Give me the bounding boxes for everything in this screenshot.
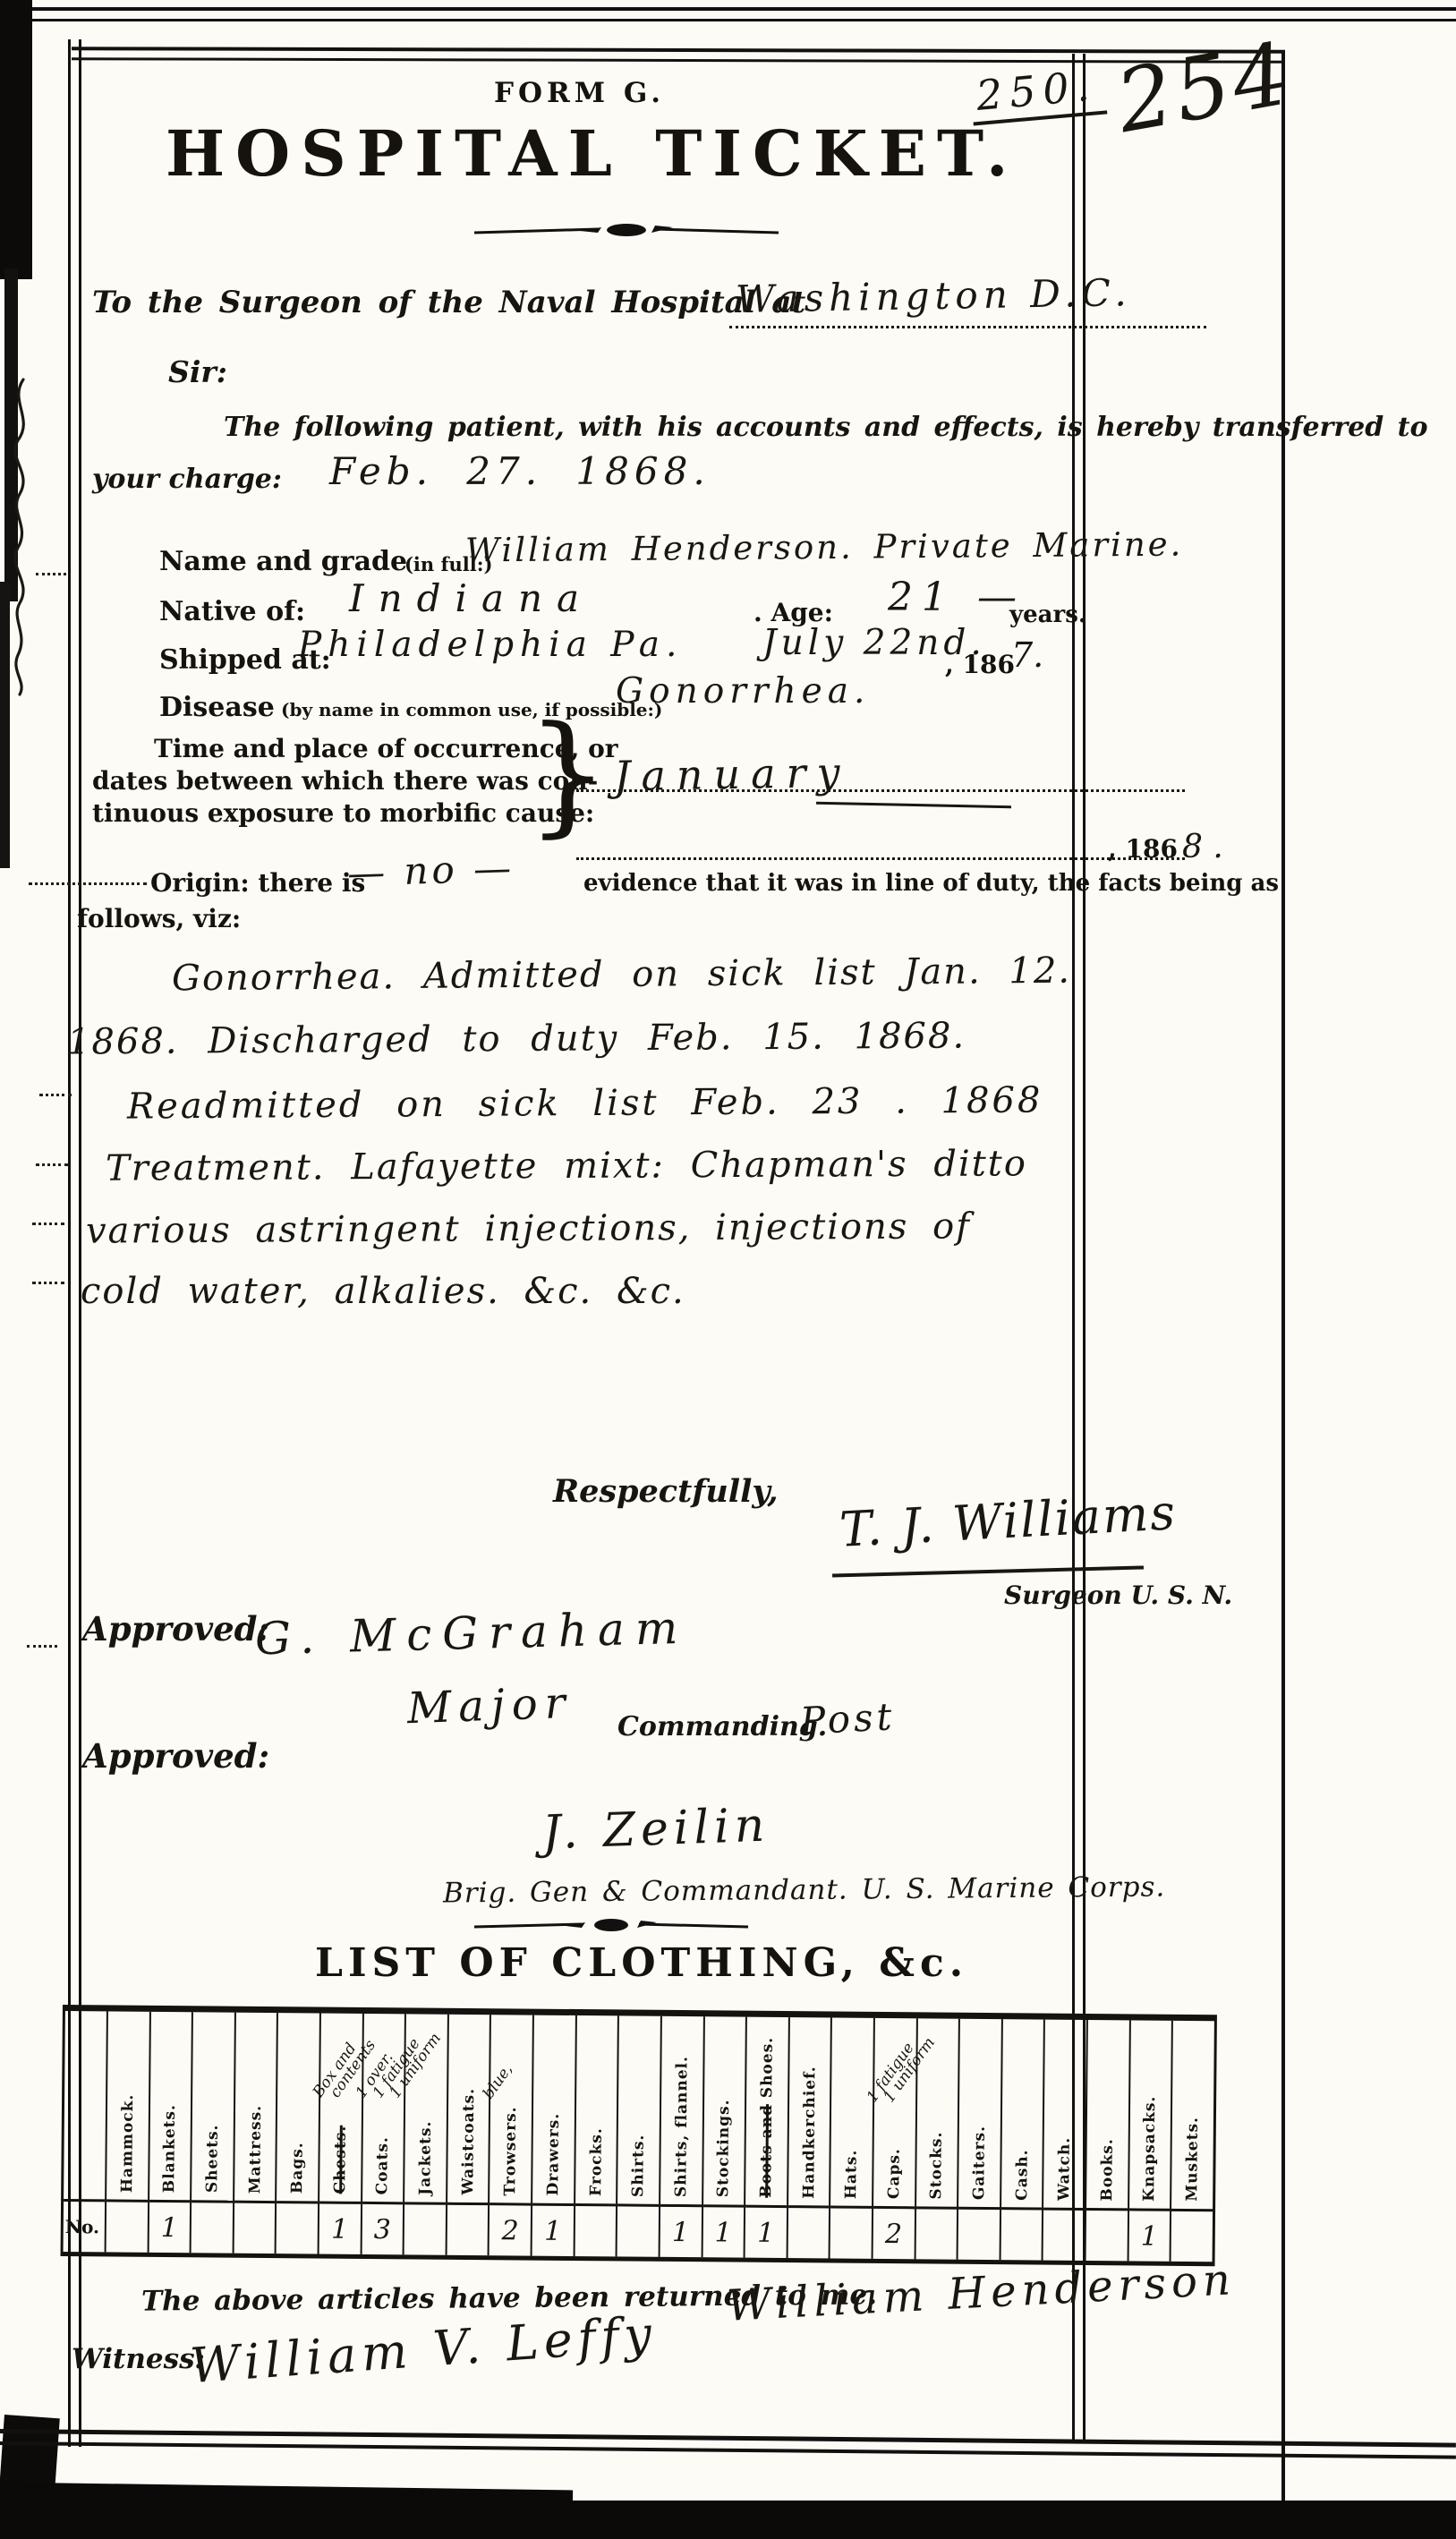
salutation-hand-location: Washington D.C. <box>736 270 1132 321</box>
clothing-column: Stockings.1 <box>701 2016 745 2257</box>
origin-hand-value: — no — <box>346 846 515 895</box>
clothing-column: Hats. <box>829 2017 873 2258</box>
approved-rank-1: Major <box>406 1678 573 1734</box>
clothing-column: Shirts, flannel.1 <box>658 2016 702 2257</box>
clothing-column-value <box>915 2206 957 2259</box>
occurrence-year: , 186 8 . <box>1108 829 1223 865</box>
ticket-number-overwrite: 254 <box>1110 23 1299 152</box>
clothing-column-label: Shirts. <box>629 2134 648 2197</box>
disease-label: Disease <box>159 692 275 723</box>
clothing-column-header: Muskets. <box>1171 2021 1213 2209</box>
clothing-column-header: Gaiters. <box>958 2019 1000 2207</box>
clothing-column-value <box>447 2202 488 2255</box>
clothing-heading: LIST OF CLOTHING, &c. <box>315 1940 968 1986</box>
clothing-column: Boots and Shoes.1 <box>744 2017 788 2258</box>
note-line: Treatment. Lafayette mixt: Chapman's dit… <box>106 1143 1027 1189</box>
clothing-column-header: Watch. <box>1043 2020 1086 2208</box>
shipped-at-value: Philadelphia Pa. <box>298 625 683 665</box>
clothing-column-value <box>1043 2208 1085 2261</box>
note-line: Gonorrhea. Admitted on sick list Jan. 12… <box>172 950 1071 1000</box>
clothing-column-header: Sheets. <box>192 2012 234 2200</box>
clothing-column: Sheets. <box>190 2012 234 2253</box>
witness-signature: William V. Leffy <box>188 2305 659 2394</box>
clothing-column-label: Books. <box>1098 2138 1117 2202</box>
clothing-column-value: 1 <box>745 2205 787 2258</box>
clothing-column: Mattress. <box>232 2013 277 2254</box>
approved-title-2: Brig. Gen & Commandant. U. S. Marine Cor… <box>443 1870 1166 1909</box>
clothing-column-value: 1 <box>660 2204 701 2257</box>
clothing-column-header: Blankets. <box>149 2012 192 2200</box>
clothing-column: Knapsacks.1 <box>1127 2020 1171 2261</box>
clothing-column-value <box>830 2205 872 2258</box>
page-top-rule-1 <box>0 7 1456 11</box>
clothing-column-label: Stocks. <box>928 2131 947 2199</box>
clothing-column-value <box>277 2201 318 2254</box>
shipped-year-hand: 7. <box>1011 635 1043 675</box>
occurrence-line2: dates between which there was con- <box>92 766 598 796</box>
transfer-line2-label: your charge: <box>92 464 282 495</box>
age-value: 21 — <box>888 575 1026 620</box>
clothing-column-value: 3 <box>362 2202 403 2254</box>
clothing-column-value <box>1171 2209 1213 2262</box>
witness-label: Witness: <box>72 2343 205 2375</box>
clothing-column: Jackets. <box>403 2014 447 2254</box>
margin-tick <box>39 1094 72 1096</box>
shipped-year-printed: , 186 <box>945 650 1015 679</box>
list-divider-ornament <box>473 1915 750 1935</box>
surgeon-signature: T. J. Williams <box>839 1484 1179 1558</box>
native-of-label: Native of: <box>159 596 305 627</box>
clothing-column: Stocks. <box>914 2018 958 2259</box>
clothing-column-value <box>575 2203 616 2256</box>
clothing-column-label: Stockings. <box>714 2100 733 2198</box>
margin-tick <box>36 573 66 575</box>
clothing-column-header: Drawers. <box>532 2015 575 2203</box>
approved-signature-1: G. McGraham <box>254 1602 689 1666</box>
clothing-column-value <box>788 2205 829 2258</box>
clothing-column: Handkerchief. <box>786 2017 830 2258</box>
clothing-column: Coats.1 over.1 fatigue1 uniform3 <box>360 2014 404 2254</box>
approved-label-1: Approved: <box>82 1609 269 1649</box>
clothing-column-header: Hats. <box>830 2018 873 2206</box>
clothing-column-value <box>1086 2208 1128 2261</box>
surgeon-signature-flourish <box>832 1565 1144 1577</box>
clothing-column-header: Shirts, flannel. <box>660 2016 702 2204</box>
margin-tick <box>32 1223 64 1225</box>
occurrence-brace: } <box>526 709 609 839</box>
page-title: HOSPITAL TICKET. <box>166 116 1018 191</box>
clothing-column-value <box>617 2203 659 2256</box>
clothing-column-header: Stockings. <box>703 2016 745 2204</box>
commanding-label: Commanding. <box>617 1711 827 1742</box>
clothing-column-label: Caps. <box>885 2148 903 2199</box>
clothing-column: Muskets. <box>1170 2021 1214 2262</box>
clothing-column-label: Trowsers. <box>501 2106 520 2195</box>
clothing-column-header: Chests.Box andcontents <box>319 2014 362 2202</box>
clothing-column-value <box>1000 2207 1042 2260</box>
clothing-column-value: 2 <box>490 2202 531 2255</box>
clothing-column-header: Waistcoats. <box>447 2015 490 2202</box>
approved-signature-2: J. Zeilin <box>541 1799 771 1861</box>
clothing-column: Waistcoats. <box>445 2015 490 2255</box>
clothing-column: Caps.1 fatigue1 uniform2 <box>872 2018 916 2259</box>
clothing-column-header: Cash. <box>1001 2019 1043 2207</box>
disease-value: Gonorrhea. <box>616 671 870 711</box>
clothing-column-value <box>192 2200 233 2253</box>
origin-leader-dots <box>29 882 147 885</box>
clothing-column-header: Books. <box>1086 2020 1128 2208</box>
clothing-column-label: Chests. <box>331 2126 350 2194</box>
margin-tick <box>36 1163 68 1166</box>
clothing-column-value <box>106 2199 148 2252</box>
scan-band-bottom <box>0 2501 1456 2539</box>
origin-prefix: Origin: there is <box>150 868 365 898</box>
clothing-column-header: Caps.1 fatigue1 uniform <box>873 2018 915 2206</box>
clothing-column: Watch. <box>1042 2020 1086 2261</box>
clothing-column-header: Frocks. <box>575 2015 617 2203</box>
clothing-column-label: Blankets. <box>161 2104 180 2193</box>
clothing-column-value <box>234 2201 275 2254</box>
clothing-column-label: Knapsacks. <box>1141 2095 1160 2201</box>
origin-suffix: evidence that it was in line of duty, th… <box>583 870 1279 897</box>
respectfully-label: Respectfully, <box>553 1473 779 1510</box>
clothing-column-label: Handkerchief. <box>800 2066 819 2199</box>
returned-signature: William Henderson <box>726 2254 1237 2331</box>
clothing-column-value: 2 <box>873 2206 915 2259</box>
occurrence-line3: tinuous exposure to morbific cause: <box>92 798 594 828</box>
clothing-table: No. Hammock.Blankets.1Sheets.Mattress.Ba… <box>61 2005 1217 2266</box>
approved-label-2: Approved: <box>82 1736 269 1776</box>
clothing-column-header: Knapsacks. <box>1129 2020 1171 2208</box>
clothing-column-label: Sheets. <box>203 2125 222 2194</box>
note-line: various astringent injections, injection… <box>86 1206 971 1251</box>
clothing-column-label: Hats. <box>842 2149 860 2199</box>
clothing-column: Drawers.1 <box>531 2015 575 2256</box>
occurrence-year-printed: , 186 <box>1108 834 1178 864</box>
scanned-hospital-ticket: FORM G. HOSPITAL TICKET. 250. 254 To the… <box>0 0 1456 2539</box>
clothing-column: Trowsers.blue,2 <box>488 2015 532 2255</box>
clothing-column-value: 1 <box>319 2202 361 2254</box>
clothing-column-label: Watch. <box>1055 2137 1074 2201</box>
note-line: 1868. Discharged to duty Feb. 15. 1868. <box>67 1015 966 1062</box>
clothing-column: Frocks. <box>573 2015 617 2256</box>
clothing-column: Books. <box>1085 2020 1129 2261</box>
transfer-line1: The following patient, with his accounts… <box>224 412 1428 443</box>
clothing-column: Cash. <box>999 2019 1043 2260</box>
age-suffix: years. <box>1009 601 1086 628</box>
clothing-column-header: Boots and Shoes. <box>745 2017 788 2205</box>
clothing-column: Blankets.1 <box>147 2012 192 2253</box>
clothing-column-value: 1 <box>1128 2208 1170 2261</box>
clothing-column-header: Bags. <box>277 2013 319 2201</box>
clothing-column: Gaiters. <box>957 2019 1001 2260</box>
note-line: cold water, alkalies. &c. &c. <box>81 1271 685 1312</box>
surgeon-title: Surgeon U. S. N. <box>1004 1580 1232 1610</box>
clothing-column-label: Jackets. <box>416 2120 435 2195</box>
margin-tick <box>32 1282 64 1284</box>
native-of-value: Indiana <box>349 576 593 620</box>
occurrence-dotted-line-2 <box>576 857 1185 860</box>
transfer-date: Feb. 27. 1868. <box>329 449 711 493</box>
clothing-column-label: Mattress. <box>246 2104 265 2194</box>
name-grade-label: Name and grade <box>159 546 407 577</box>
clothing-column-value <box>958 2207 1000 2260</box>
occurrence-year-hand: 8 . <box>1182 829 1223 865</box>
clothing-column-header: Handkerchief. <box>788 2017 830 2205</box>
origin-line2: follows, viz: <box>77 904 241 933</box>
clothing-column-header: Jackets. <box>404 2014 447 2202</box>
post-hand: Post <box>799 1694 897 1742</box>
occurrence-value: January <box>614 748 851 801</box>
clothing-column: Shirts. <box>616 2015 660 2256</box>
clothing-column-label: Frocks. <box>587 2127 606 2196</box>
clothing-column-header: Coats.1 over.1 fatigue1 uniform <box>362 2014 404 2202</box>
clothing-column-label: Bags. <box>288 2142 307 2194</box>
clothing-column-label: Muskets. <box>1183 2117 1202 2202</box>
clothing-column-value: 1 <box>702 2204 744 2257</box>
clothing-column-header: Stocks. <box>916 2018 958 2206</box>
clothing-column-header: Trowsers.blue, <box>490 2015 532 2202</box>
clothing-column-value: 1 <box>149 2200 190 2253</box>
box-top-rule-1 <box>72 47 1285 54</box>
salutation-line: To the Surgeon of the Naval Hospital at <box>92 285 805 320</box>
clothing-column: Hammock. <box>105 2011 149 2252</box>
clothing-no-header <box>64 2011 106 2199</box>
clothing-column-value: 1 <box>532 2203 574 2256</box>
clothing-column-label: Coats. <box>374 2136 393 2194</box>
clothing-column: Chests.Box andcontents1 <box>318 2014 362 2254</box>
clothing-column-label: Waistcoats. <box>459 2088 478 2195</box>
sir-label: Sir: <box>168 354 227 389</box>
clothing-column-label: Boots and Shoes. <box>757 2037 777 2198</box>
title-divider-ornament <box>473 220 780 242</box>
clothing-column-label: Gaiters. <box>970 2126 989 2200</box>
clothing-column-label: Shirts, flannel. <box>672 2056 691 2197</box>
clothing-column: Bags. <box>275 2013 319 2254</box>
clothing-column-value <box>404 2202 446 2254</box>
clothing-column-label: Cash. <box>1013 2149 1032 2201</box>
clothing-column-label: Hammock. <box>118 2093 137 2193</box>
clothing-column-header: Hammock. <box>106 2011 149 2199</box>
page-top-rule-2 <box>0 19 1456 21</box>
clothing-column-header: Mattress. <box>234 2013 277 2201</box>
clothing-column-label: Drawers. <box>544 2113 563 2196</box>
clothing-no-column: No. <box>64 2011 106 2252</box>
ticket-number: 250. <box>969 61 1108 126</box>
note-line: Readmitted on sick list Feb. 23 . 1868 <box>127 1079 1043 1127</box>
margin-scrawl <box>2 376 41 698</box>
form-label: FORM G. <box>494 77 665 109</box>
margin-tick <box>27 1645 57 1648</box>
scan-blob-left-top <box>0 0 32 279</box>
name-grade-value: William Henderson. Private Marine. <box>465 524 1184 569</box>
occurrence-value-tail <box>816 802 1011 809</box>
clothing-column-header: Shirts. <box>617 2015 660 2203</box>
salutation-dotted-line <box>729 326 1206 328</box>
clothing-row-label: No. <box>64 2199 106 2252</box>
